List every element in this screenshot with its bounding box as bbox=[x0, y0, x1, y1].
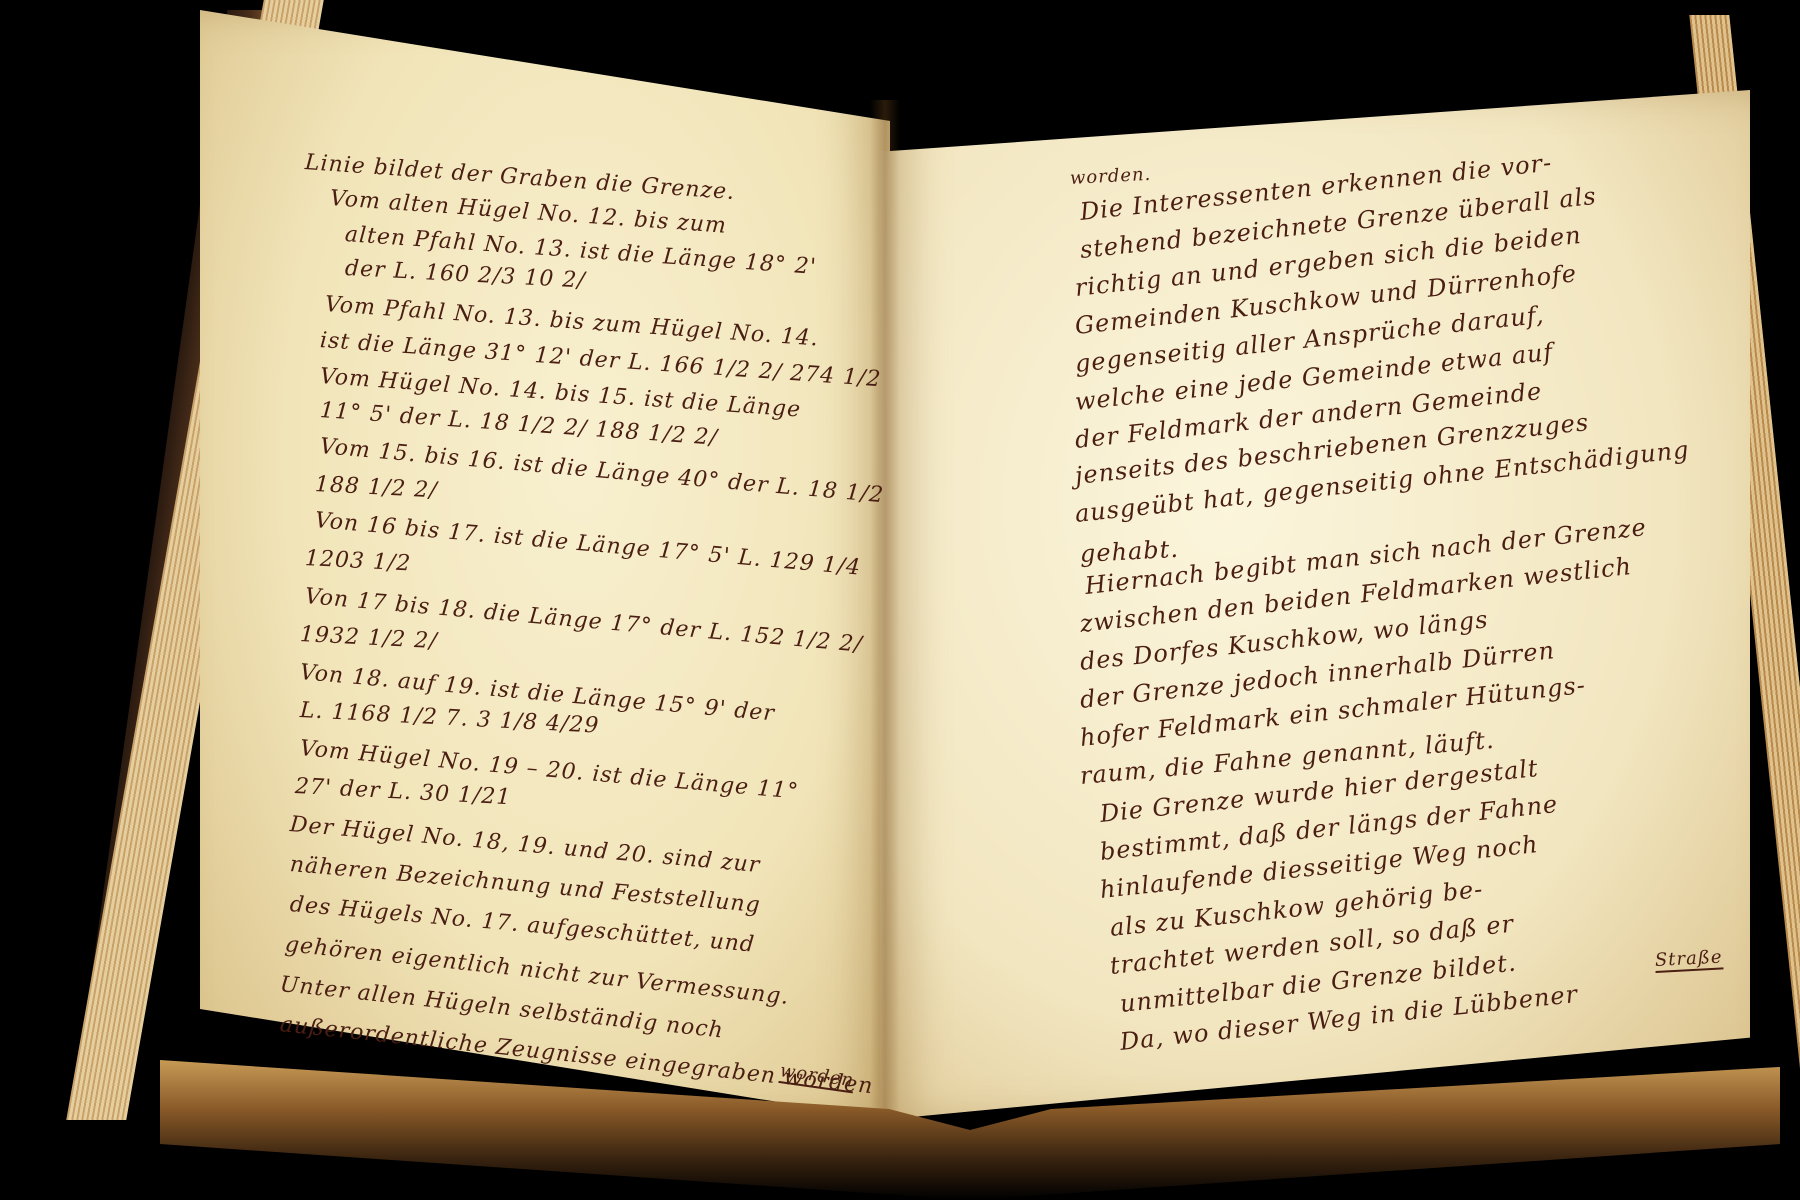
right-catchword: Straße bbox=[1654, 946, 1723, 973]
book-gutter bbox=[870, 100, 900, 1140]
right-line: worden. bbox=[1069, 164, 1151, 189]
book-photo: Linie bildet der Graben die Grenze. Vom … bbox=[0, 0, 1800, 1200]
